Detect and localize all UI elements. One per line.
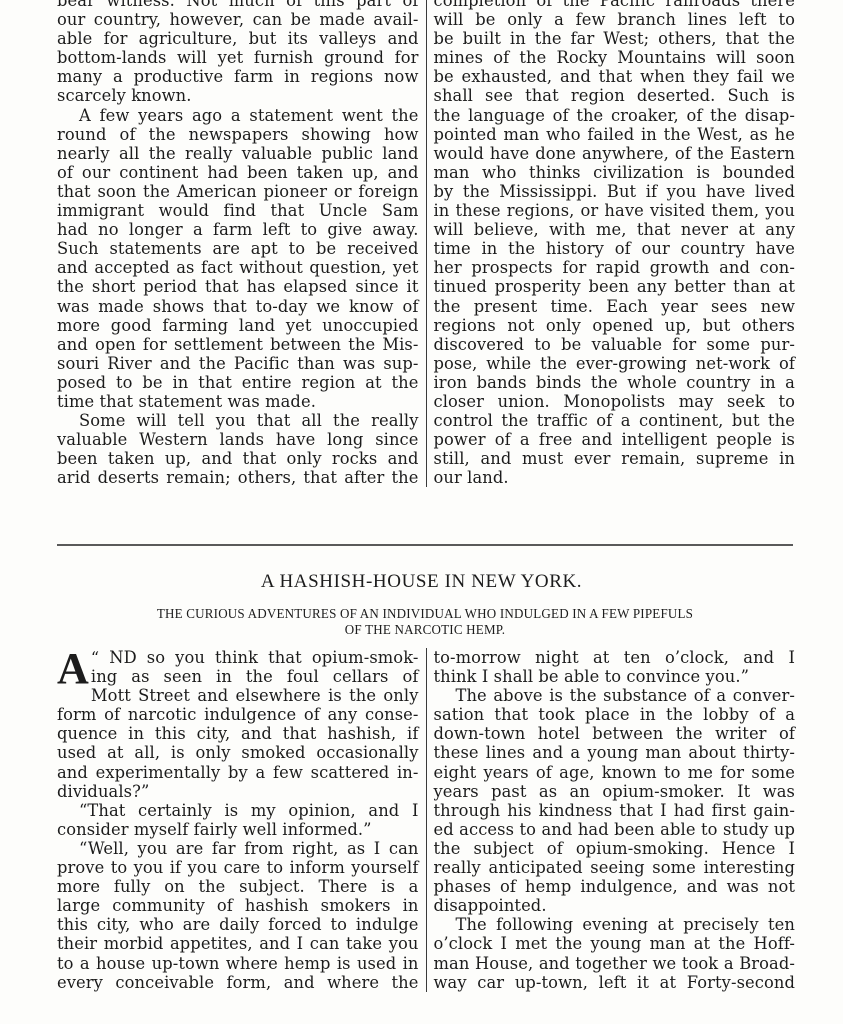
text-line: shall see that region deserted. Such is [434,86,796,105]
text-line: way car up-town, left it at Forty-second [434,973,796,992]
text-line: will believe, with me, that never at any [434,220,796,239]
previous-article-right-column: completion of the Pacific railroads ther… [426,0,796,487]
text-line: our land. [434,468,796,487]
text-line: dividuals?” [57,782,419,801]
text-line: regions not only opened up, but others [434,316,796,335]
text-line: form of narcotic indulgence of any conse… [57,705,419,724]
text-fragment: ND so you think that opium-smok- [109,648,418,667]
paragraph: completion of the Pacific railroads ther… [434,0,796,487]
paragraph: “Well, you are far from right, as I can … [57,839,419,992]
text-line: had no longer a farm left to give away. [57,220,419,239]
text-line: think I shall be able to convince you.” [434,667,796,686]
text-line: years past as an opium-smoker. It was [434,782,796,801]
paragraph: Some will tell you that all the really v… [57,411,419,487]
text-line: “That certainly is my opinion, and I [57,801,419,820]
text-line: scarcely known. [57,86,419,105]
section-divider-rule [57,544,793,546]
text-line: quence in this city, and that hashish, i… [57,724,419,743]
text-line: ing as seen in the foul cellars of [57,667,419,686]
paragraph: to-morrow night at ten o’clock, and I th… [434,648,796,686]
text-line: be built in the far West; others, that t… [434,29,796,48]
text-line: be exhausted, and that when they fail we [434,67,796,86]
previous-article-left-column: bear witness. Not much of this part of o… [57,0,426,487]
text-line: would have done anywhere, of the Eastern [434,144,796,163]
text-line: man House, and together we took a Broad- [434,954,796,973]
text-line: many a productive farm in regions now [57,67,419,86]
text-line: sation that took place in the lobby of a [434,705,796,724]
text-line: discovered to be valuable for some pur- [434,335,796,354]
text-line: the language of the croaker, of the disa… [434,106,796,125]
paragraph: The following evening at precisely ten o… [434,915,796,991]
text-line: round of the newspapers showing how [57,125,419,144]
text-line: large community of hashish smokers in [57,896,419,915]
text-line: Such statements are apt to be received [57,239,419,258]
text-line: really anticipated seeing some interesti… [434,858,796,877]
text-line: man who thinks civilization is bounded [434,163,796,182]
text-line: more good farming land yet unoccupied [57,316,419,335]
article-subtitle: THE CURIOUS ADVENTURES OF AN INDIVIDUAL … [72,606,779,638]
text-line: and open for settlement between the Mis- [57,335,419,354]
text-line: mines of the Rocky Mountains will soon [434,48,796,67]
text-line: more fully on the subject. There is a [57,877,419,896]
paragraph: The above is the substance of a conver- … [434,686,796,915]
text-line: been taken up, and that only rocks and [57,449,419,468]
opening-paragraph: “ AND so you think that opium-smok- ing … [57,648,419,801]
text-line: used at all, is only smoked occasionally [57,743,419,762]
text-line: pose, while the ever-growing net-work of [434,354,796,373]
text-line: our country, however, can be made avail- [57,10,419,29]
text-line: souri River and the Pacific than was sup… [57,354,419,373]
article-right-column: to-morrow night at ten o’clock, and I th… [426,648,796,992]
text-line: was made shows that to-day we know of [57,297,419,316]
text-line: disappointed. [434,896,796,915]
text-line: through his kindness that I had first ga… [434,801,796,820]
text-line: Mott Street and elsewhere is the only [57,686,419,705]
text-line: time in the history of our country have [434,239,796,258]
text-line: prove to you if you care to inform yours… [57,858,419,877]
text-line: Some will tell you that all the really [57,411,419,430]
text-line: by the Mississippi. But if you have live… [434,182,796,201]
text-line: to-morrow night at ten o’clock, and I [434,648,796,667]
text-line: ed access to and had been able to study … [434,820,796,839]
text-line: power of a free and intelligent people i… [434,430,796,449]
text-line: posed to be in that entire region at the [57,373,419,392]
drop-cap: A [57,651,89,687]
text-line: still, and must ever remain, supreme in [434,449,796,468]
text-line: these lines and a young man about thirty… [434,743,796,762]
text-line: that soon the American pioneer or foreig… [57,182,419,201]
text-line: closer union. Monopolists may seek to [434,392,796,411]
article-title: A HASHISH-HOUSE IN NEW YORK. [0,571,843,593]
text-line: down-town hotel between the writer of [434,724,796,743]
text-line: bottom-lands will yet furnish ground for [57,48,419,67]
text-line: and accepted as fact without question, y… [57,258,419,277]
text-line: immigrant would find that Uncle Sam [57,201,419,220]
text-line: “Well, you are far from right, as I can [57,839,419,858]
opening-quote: “ [91,648,99,667]
subtitle-line: OF THE NARCOTIC HEMP. [72,622,779,638]
text-line: control the traffic of a continent, but … [434,411,796,430]
text-line: time that statement was made. [57,392,419,411]
article-left-column: “ AND so you think that opium-smok- ing … [57,648,426,992]
subtitle-line: THE CURIOUS ADVENTURES OF AN INDIVIDUAL … [72,606,779,622]
paragraph: bear witness. Not much of this part of o… [57,0,419,106]
text-line: nearly all the really valuable public la… [57,144,419,163]
text-line: of our continent had been taken up, and [57,163,419,182]
paragraph: “That certainly is my opinion, and I con… [57,801,419,839]
text-line: every conceivable form, and where the [57,973,419,992]
text-line: and experimentally by a few scattered in… [57,763,419,782]
text-line: The above is the substance of a conver- [434,686,796,705]
text-line: consider myself fairly well informed.” [57,820,419,839]
scanned-page: bear witness. Not much of this part of o… [0,0,843,1024]
text-line: eight years of age, known to me for some [434,763,796,782]
previous-article-columns: bear witness. Not much of this part of o… [57,0,795,487]
text-line: in these regions, or have visited them, … [434,201,796,220]
text-line: completion of the Pacific railroads ther… [434,0,796,10]
text-line: pointed man who failed in the West, as h… [434,125,796,144]
text-line: will be only a few branch lines left to [434,10,796,29]
paragraph: A few years ago a statement went the rou… [57,106,419,412]
text-line: able for agriculture, but its valleys an… [57,29,419,48]
text-line: the subject of opium-smoking. Hence I [434,839,796,858]
text-line: this city, who are daily forced to indul… [57,915,419,934]
text-line: iron bands binds the whole country in a [434,373,796,392]
text-line: valuable Western lands have long since [57,430,419,449]
text-line: her prospects for rapid growth and con- [434,258,796,277]
text-line: tinued prosperity been any better than a… [434,277,796,296]
text-line: A few years ago a statement went the [57,106,419,125]
text-line: bear witness. Not much of this part of [57,0,419,10]
text-line: “ AND so you think that opium-smok- [57,648,419,667]
text-line: arid deserts remain; others, that after … [57,468,419,487]
text-line: to a house up-town where hemp is used in [57,954,419,973]
text-line: the present time. Each year sees new [434,297,796,316]
text-line: the short period that has elapsed since … [57,277,419,296]
text-line: The following evening at precisely ten [434,915,796,934]
text-line: their morbid appetites, and I can take y… [57,934,419,953]
article-body-columns: “ AND so you think that opium-smok- ing … [57,648,795,992]
text-line: o’clock I met the young man at the Hoff- [434,934,796,953]
text-line: phases of hemp indulgence, and was not [434,877,796,896]
